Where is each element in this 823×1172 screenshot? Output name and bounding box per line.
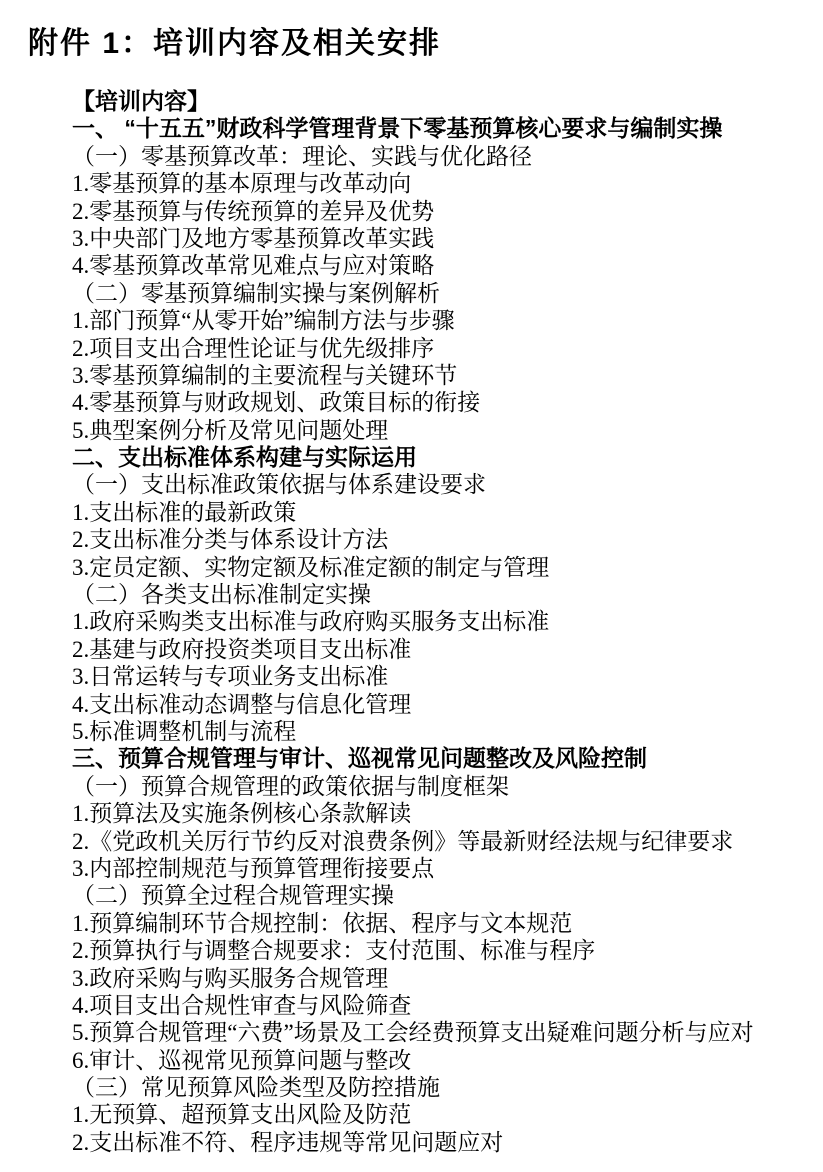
content-line: 6.审计、巡视常见预算问题与整改 bbox=[72, 1047, 812, 1074]
content-line: 1.预算编制环节合规控制：依据、程序与文本规范 bbox=[72, 910, 812, 937]
content-line: 5.预算合规管理“六费”场景及工会经费预算支出疑难问题分析与应对 bbox=[72, 1019, 812, 1046]
content-line: 4.零基预算改革常见难点与应对策略 bbox=[72, 252, 812, 279]
content-line: 2.支出标准分类与体系设计方法 bbox=[72, 526, 812, 553]
content-line: 2.零基预算与传统预算的差异及优势 bbox=[72, 198, 812, 225]
subsection-heading: （三）常见预算风险类型及防控措施 bbox=[72, 1074, 812, 1101]
content-line: 2.项目支出合理性论证与优先级排序 bbox=[72, 335, 812, 362]
training-content-list: 【培训内容】一、 “十五五”财政科学管理背景下零基预算核心要求与编制实操（一）零… bbox=[72, 88, 812, 1156]
content-line: 1.支出标准的最新政策 bbox=[72, 499, 812, 526]
subsection-heading: （二）各类支出标准制定实操 bbox=[72, 581, 812, 608]
subsection-heading: （一）预算合规管理的政策依据与制度框架 bbox=[72, 773, 812, 800]
attachment-title: 附件 1：培训内容及相关安排 bbox=[28, 18, 441, 62]
content-line: 2.《党政机关厉行节约反对浪费条例》等最新财经法规与纪律要求 bbox=[72, 828, 812, 855]
content-line: 2.预算执行与调整合规要求：支付范围、标准与程序 bbox=[72, 937, 812, 964]
content-line: 1.政府采购类支出标准与政府购买服务支出标准 bbox=[72, 608, 812, 635]
subsection-heading: （一）零基预算改革：理论、实践与优化路径 bbox=[72, 143, 812, 170]
content-line: 3.中央部门及地方零基预算改革实践 bbox=[72, 225, 812, 252]
content-line: 5.典型案例分析及常见问题处理 bbox=[72, 417, 812, 444]
subsection-heading: （二）预算全过程合规管理实操 bbox=[72, 882, 812, 909]
content-line: 3.内部控制规范与预算管理衔接要点 bbox=[72, 855, 812, 882]
content-line: 1.零基预算的基本原理与改革动向 bbox=[72, 170, 812, 197]
content-line: 2.基建与政府投资类项目支出标准 bbox=[72, 636, 812, 663]
subsection-heading: （二）零基预算编制实操与案例解析 bbox=[72, 280, 812, 307]
document-page: 附件 1：培训内容及相关安排 【培训内容】一、 “十五五”财政科学管理背景下零基… bbox=[0, 0, 823, 1172]
content-line: 1.无预算、超预算支出风险及防范 bbox=[72, 1101, 812, 1128]
content-line: 3.政府采购与购买服务合规管理 bbox=[72, 965, 812, 992]
content-line: 1.部门预算“从零开始”编制方法与步骤 bbox=[72, 307, 812, 334]
section-heading: 【培训内容】 bbox=[72, 88, 812, 115]
content-line: 3.定员定额、实物定额及标准定额的制定与管理 bbox=[72, 554, 812, 581]
content-line: 3.日常运转与专项业务支出标准 bbox=[72, 663, 812, 690]
subsection-heading: （一）支出标准政策依据与体系建设要求 bbox=[72, 471, 812, 498]
content-line: 4.支出标准动态调整与信息化管理 bbox=[72, 691, 812, 718]
section-heading: 一、 “十五五”财政科学管理背景下零基预算核心要求与编制实操 bbox=[72, 115, 812, 142]
content-line: 3.零基预算编制的主要流程与关键环节 bbox=[72, 362, 812, 389]
content-line: 1.预算法及实施条例核心条款解读 bbox=[72, 800, 812, 827]
section-heading: 二、支出标准体系构建与实际运用 bbox=[72, 444, 812, 471]
content-line: 4.项目支出合规性审查与风险筛查 bbox=[72, 992, 812, 1019]
content-line: 5.标准调整机制与流程 bbox=[72, 718, 812, 745]
section-heading: 三、预算合规管理与审计、巡视常见问题整改及风险控制 bbox=[72, 745, 812, 772]
content-line: 2.支出标准不符、程序违规等常见问题应对 bbox=[72, 1129, 812, 1156]
content-line: 4.零基预算与财政规划、政策目标的衔接 bbox=[72, 389, 812, 416]
